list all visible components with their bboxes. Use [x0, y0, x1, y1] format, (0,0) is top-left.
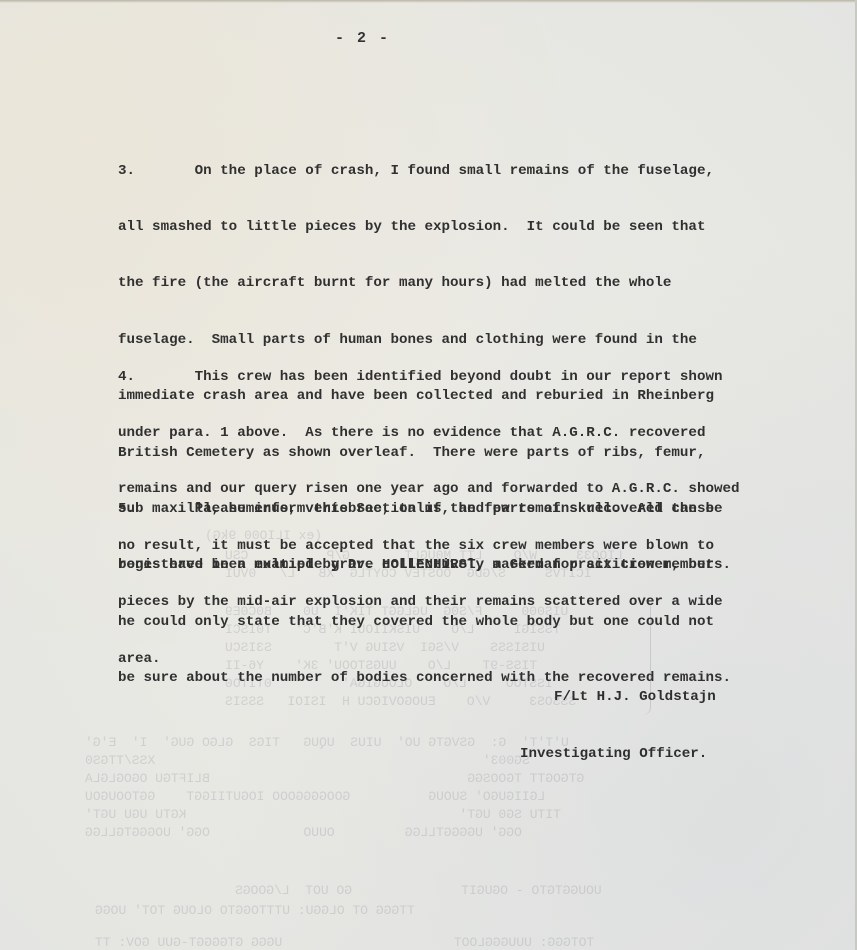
text-line: under para. 1 above. As there is no evid… [118, 424, 818, 443]
bleed-through: TOTGGG: UUUGGGLOOT UGGG GTGGGGT-GUU GOV:… [95, 935, 594, 950]
bleed-through: TITU SG0 UGT' KGTU UGU UGT' [85, 807, 561, 822]
text-line: 4. This crew has been identified beyond … [118, 368, 818, 387]
text-line: registered in a multiple grave collectiv… [118, 556, 818, 575]
bleed-through: UOUGGTGTO - OGUGIT GO UOT L/GOOGS [235, 883, 602, 898]
text-line: 3. On the place of crash, I found small … [118, 162, 818, 181]
signature-block: F/Lt H.J. Goldstajn Investigating Office… [520, 650, 716, 802]
page-number: - 2 - [335, 30, 390, 47]
bleed-through: SG003' XSS/TTGS0 [85, 753, 530, 768]
signatory-title: Investigating Officer. [520, 745, 716, 764]
bleed-through: TTGGG OT OLGGU: UTTTOGGTO OLOUG TOT' UOG… [95, 903, 415, 918]
document-page: (ex ILIO00 9kG) LIOO33 W/O LTT M0UGLT G/… [0, 0, 857, 950]
bleed-through: U'T'T' G: GSVGTG UO' UIUS UQUG TIGS GLGO… [85, 735, 569, 750]
signatory-name: F/Lt H.J. Goldstajn [520, 688, 716, 707]
text-line: the fire (the aircraft burnt for many ho… [118, 274, 818, 293]
text-line: all smashed to little pieces by the expl… [118, 218, 818, 237]
bleed-through: LGIIGUGO' SUOUG GOOGGGGOOO IOGUTIIGGT GG… [85, 789, 545, 804]
paper-edge [0, 0, 855, 3]
bleed-through: GTGOGTT TGOOSGG BLIFTGU OGOGLGLA [85, 771, 584, 786]
paragraph-5: 5. Please inform this Section if the few… [118, 462, 818, 612]
bleed-through: OGG' UGGGGTLLGG OUUO OGG' UOGGGTGLLGG [85, 825, 522, 840]
text-line: 5. Please inform this Section if the few… [118, 500, 818, 519]
